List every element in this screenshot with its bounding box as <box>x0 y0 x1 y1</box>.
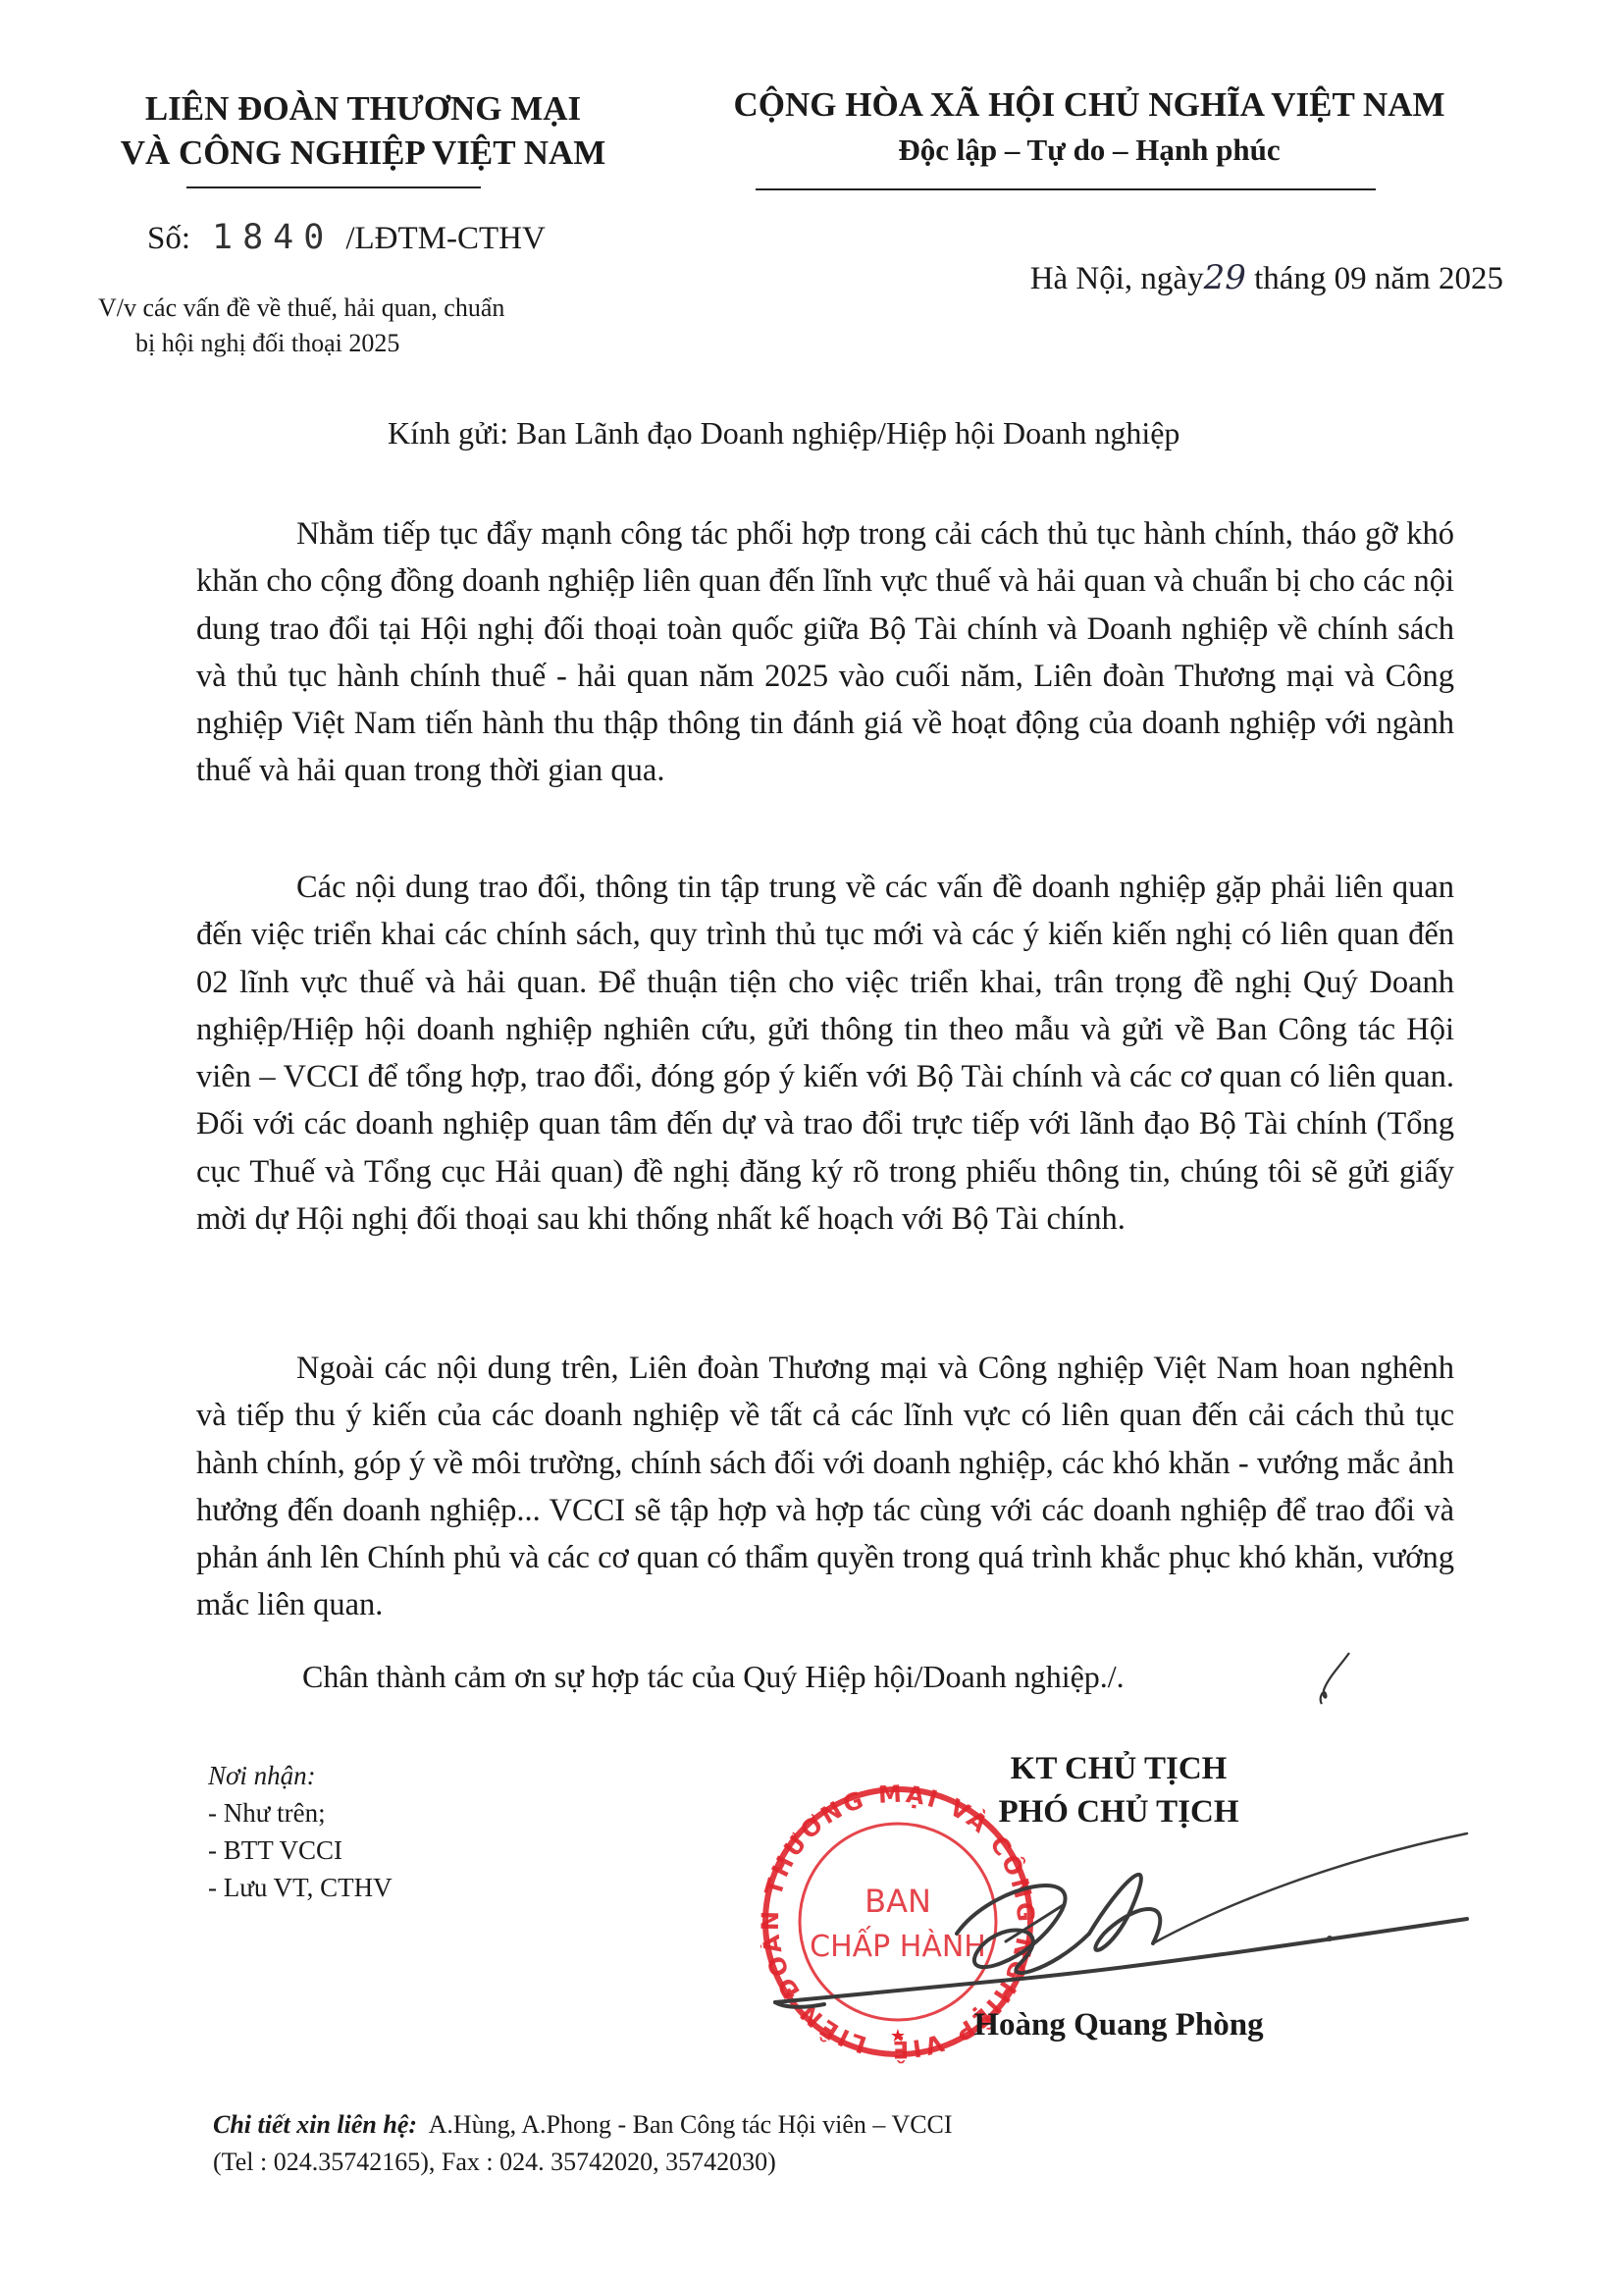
date-day-handwritten: 29 <box>1204 258 1246 297</box>
body-paragraph-1: Nhằm tiếp tục đẩy mạnh công tác phối hợp… <box>196 510 1454 795</box>
body-paragraph-3: Ngoài các nội dung trên, Liên đoàn Thươn… <box>196 1345 1454 1629</box>
body-paragraph-2: Các nội dung trao đổi, thông tin tập tru… <box>196 864 1454 1243</box>
salutation: Kính gửi: Ban Lãnh đạo Doanh nghiệp/Hiệp… <box>388 415 1179 451</box>
document-date: Hà Nội, ngày29 tháng 09 năm 2025 <box>883 258 1503 297</box>
country-name: CỘNG HÒA XÃ HỘI CHỦ NGHĨA VIỆT NAM <box>677 82 1501 128</box>
contact-line2: (Tel : 024.35742165), Fax : 024. 3574202… <box>213 2144 953 2181</box>
recipient-item: - BTT VCCI <box>208 1832 393 1869</box>
paraph-initial-icon <box>1310 1649 1359 1708</box>
document-subject: V/v các vấn đề về thuế, hải quan, chuẩn … <box>98 291 648 361</box>
signer-name: Hoàng Quang Phòng <box>864 2007 1374 2044</box>
contact-label: Chi tiết xin liên hệ: <box>213 2110 417 2139</box>
document-number-label: Số: <box>147 221 190 256</box>
document-number-value: 1840 <box>212 218 334 257</box>
national-motto: Độc lập – Tự do – Hạnh phúc <box>677 128 1501 173</box>
contact-line1: A.Hùng, A.Phong - Ban Công tác Hội viên … <box>429 2110 953 2139</box>
national-header: CỘNG HÒA XÃ HỘI CHỦ NGHĨA VIỆT NAM Độc l… <box>677 82 1501 173</box>
recipient-item: - Lưu VT, CTHV <box>208 1869 393 1906</box>
recipients-list: Nơi nhận: - Như trên; - BTT VCCI - Lưu V… <box>208 1757 393 1906</box>
document-number-suffix: /LĐTM-CTHV <box>345 221 545 256</box>
closing-line: Chân thành cảm ơn sự hợp tác của Quý Hiệ… <box>302 1659 1125 1695</box>
org-name-line2: VÀ CÔNG NGHIỆP VIỆT NAM <box>88 131 638 175</box>
recipient-item: - Như trên; <box>208 1794 393 1832</box>
date-suffix: tháng 09 năm 2025 <box>1246 261 1503 296</box>
org-underline <box>186 186 481 188</box>
issuing-organization: LIÊN ĐOÀN THƯƠNG MẠI VÀ CÔNG NGHIỆP VIỆT… <box>88 86 638 175</box>
date-prefix: Hà Nội, ngày <box>1030 261 1204 296</box>
subject-line1: V/v các vấn đề về thuế, hải quan, chuẩn <box>98 291 648 326</box>
contact-details: Chi tiết xin liên hệ: A.Hùng, A.Phong - … <box>213 2106 953 2181</box>
document-number: Số:1840/LĐTM-CTHV <box>147 218 546 257</box>
signature-title-line1: KT CHỦ TỊCH <box>864 1747 1374 1790</box>
motto-underline <box>756 188 1376 190</box>
recipients-title: Nơi nhận: <box>208 1757 393 1794</box>
signature-title: KT CHỦ TỊCH PHÓ CHỦ TỊCH <box>864 1747 1374 1833</box>
subject-line2: bị hội nghị đối thoại 2025 <box>98 326 648 361</box>
org-name-line1: LIÊN ĐOÀN THƯƠNG MẠI <box>88 86 638 131</box>
